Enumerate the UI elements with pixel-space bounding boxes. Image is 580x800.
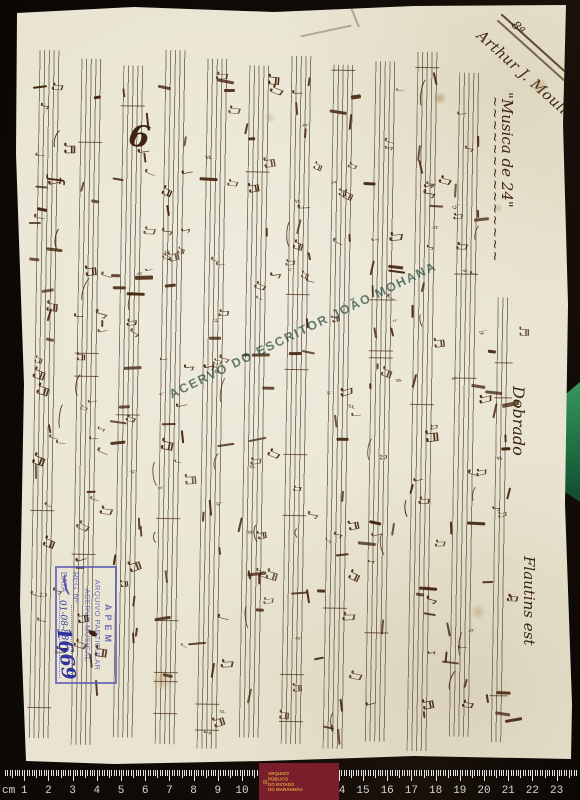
paper-stain [531,77,549,95]
ruler-number: 1 [21,785,28,797]
ruler-number: 9 [214,785,221,797]
stave-band [365,61,396,741]
part-annotation: Flautins est [520,556,538,645]
title-annotation: "Musica de 24" [498,92,516,208]
manuscript-page: ♬♩♬♬♫♫♬♬♩♩♬♩♩♫♬♩♩♩♪♩♬♩♫♬♪♫♩♫♫♪♬♩♩♪♩♬♩♩♩♭… [14,4,576,766]
stamp-date-value: 01-08-88 [57,600,69,641]
ruler-number: 23 [550,785,563,797]
archive-stamp: APEM ARQUIVO PARTICULAR ACERVO MUSICAL R… [55,566,117,684]
archival-scan: ♬♩♬♬♫♫♬♬♩♩♬♩♩♫♬♩♩♩♪♩♬♩♫♬♪♫♩♫♫♪♬♩♩♪♩♬♩♩♩♭… [0,0,580,800]
stave-band [491,297,512,742]
genre-annotation: Dobrado [509,386,528,456]
stamp-line2: ARQUIVO PARTICULAR [93,572,102,678]
ruler-number: 22 [526,785,539,797]
ruler-number: 19 [453,785,466,797]
paper-stain [151,669,173,691]
ruler-number: 4 [93,785,100,797]
paper-stain [470,604,486,620]
stamp-org: APEM [103,572,113,678]
ruler-number: 18 [429,785,442,797]
ruler-number: 7 [166,785,173,797]
archive-logo: ARQUIVO PÚBLICO DO ESTADO DO MARANHÃO [259,763,339,800]
stave-band [281,56,312,744]
ruler-number: 21 [502,785,515,797]
stamp-line3: ACERVO MUSICAL [83,572,92,678]
ruler-number: 5 [118,785,125,797]
ruler-number: 8 [190,785,197,797]
stave-band [113,65,144,737]
ruler-unit-label: cm [2,785,15,797]
ruler-number: 16 [381,785,394,797]
stave-band [407,52,438,751]
ruler-number: 6 [142,785,149,797]
paper-stain [433,91,447,105]
ruler-number: 2 [45,785,52,797]
ruler-number: 15 [356,785,369,797]
ruler-number: 20 [477,785,490,797]
ruler-number: 10 [235,785,248,797]
paper-stain [264,112,276,124]
ruler-number: 17 [405,785,418,797]
archive-logo-text: ARQUIVO PÚBLICO DO ESTADO DO MARANHÃO [268,771,303,793]
paper-stain [493,203,503,213]
ruler-number: 3 [69,785,76,797]
palace-facade-icon [263,769,268,795]
